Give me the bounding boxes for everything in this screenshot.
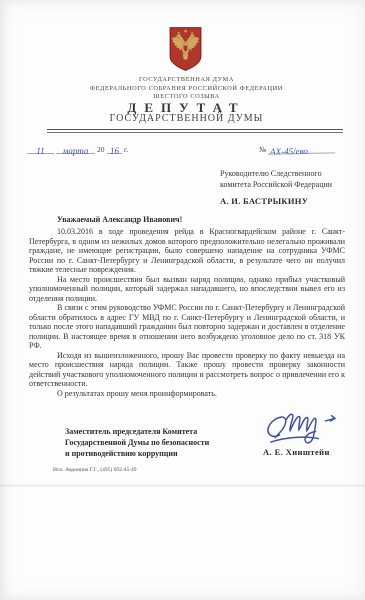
letterhead-subtitle: ГОСУДАРСТВЕННОЙ ДУМЫ (8, 113, 365, 124)
signer-position-line1: Заместитель председателя Комитета (65, 426, 209, 437)
addressee-line1: Руководителю Следственного (220, 169, 332, 180)
date-month-blank: марта (56, 141, 95, 154)
paragraph-1: 10.03.2016 в ходе проведения рейда в Кра… (29, 227, 345, 275)
org-name-line2: ФЕДЕРАЛЬНОГО СОБРАНИЯ РОССИЙСКОЙ ФЕДЕРАЦ… (8, 85, 365, 92)
russia-coat-of-arms-icon (168, 26, 203, 72)
salutation: Уважаемый Александр Иванович! (29, 215, 345, 225)
handwritten-signature (257, 406, 347, 450)
letter-body: Уважаемый Александр Иванович! 10.03.2016… (29, 215, 345, 398)
header-divider (47, 129, 343, 133)
document-number-label: № (259, 145, 266, 154)
addressee-name: А. И. БАСТРЫКИНУ (220, 196, 332, 207)
paragraph-2: На место происшествия был вызван наряд п… (29, 275, 345, 304)
date-month-handwritten: марта (63, 146, 89, 156)
document-number-handwritten: АХ-45/ево (270, 146, 308, 157)
paragraph-5: О результатах прошу меня проинформироват… (29, 389, 345, 399)
paragraph-3: В связи с этим руководство УФМС России п… (29, 303, 345, 351)
date-year-blank: 16 (107, 141, 122, 154)
addressee-block: Руководителю Следственного комитета Росс… (220, 169, 332, 206)
date-day-blank: 11 (27, 141, 54, 154)
signer-name: А. Е. Хинштейн (263, 447, 330, 457)
paragraph-4: Исходя из вышеизложенного, прошу Вас про… (29, 351, 345, 389)
date-year-suffix: г. (124, 145, 128, 154)
letter-page: ГОСУДАРСТВЕННАЯ ДУМА ФЕДЕРАЛЬНОГО СОБРАН… (0, 0, 365, 600)
date-century-printed: 20 (97, 145, 105, 154)
signer-position-line2: Государственной Думы по безопасности (65, 437, 209, 448)
document-number-blank: АХ-45/ево (268, 140, 335, 154)
org-name-line1: ГОСУДАРСТВЕННАЯ ДУМА (8, 76, 365, 83)
executor-note: Исп. Авдонина Г.Г., (495) 692-45-49 (53, 467, 137, 473)
date-year-handwritten: 16 (110, 146, 119, 156)
scan-page-edge (0, 484, 365, 487)
date-day-handwritten: 11 (36, 146, 44, 156)
addressee-line2: комитета Российской Федерации (220, 180, 332, 191)
signer-position-line3: и противодействию коррупции (65, 448, 209, 459)
org-name-line3: ШЕСТОГО СОЗЫВА (8, 93, 365, 100)
signer-position-block: Заместитель председателя Комитета Госуда… (65, 426, 209, 459)
